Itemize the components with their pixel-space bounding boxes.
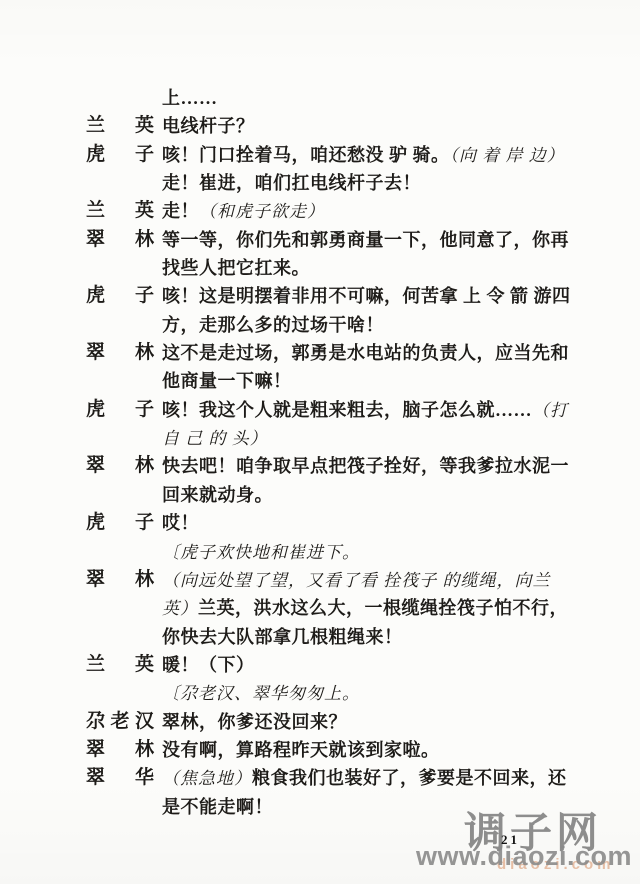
dialogue-segment: 是不能走啊！ xyxy=(162,797,273,817)
dialogue-text: 走！崔进，咱们扛电线杆子去！ xyxy=(162,169,640,197)
dialogue-text: 咳！这是明摆着非用不可嘛，何苦拿 上 令 箭 游四 xyxy=(162,282,640,310)
script-line: 他商量一下嘛！ xyxy=(0,367,640,395)
script-line: 虎子咳！我这个人就是粗来粗去，脑子怎么就……（打 xyxy=(0,396,640,424)
dialogue-segment: 上…… xyxy=(162,88,218,108)
dialogue-segment: 电线杆子？ xyxy=(162,116,255,136)
dialogue-text: 找些人把它扛来。 xyxy=(162,254,640,282)
speaker-column: 翠林 xyxy=(86,339,162,367)
script-line: 翠林（向远处望了望，又看了看 拴筏子 的缆绳，向兰 xyxy=(0,566,640,594)
speaker-column: 尕老汉 xyxy=(86,708,162,736)
script-line: 回来就动身。 xyxy=(0,481,640,509)
speaker-column: 虎子 xyxy=(86,509,162,537)
speaker-name: 翠华 xyxy=(86,764,154,792)
dialogue-segment: 你快去大队部拿几根粗绳来！ xyxy=(162,627,403,647)
dialogue-text: 上…… xyxy=(162,84,640,112)
speaker-column: 翠林 xyxy=(86,452,162,480)
speaker-name: 兰英 xyxy=(86,651,154,679)
dialogue-segment: 走！崔进，咱们扛电线杆子去！ xyxy=(162,173,421,193)
dialogue-text: 他商量一下嘛！ xyxy=(162,367,640,395)
stage-direction: 英） xyxy=(162,599,198,618)
dialogue-text: 等一等，你们先和郭勇商量一下，他同意了，你再 xyxy=(162,226,640,254)
speaker-column: 兰英 xyxy=(86,651,162,679)
speaker-name: 兰英 xyxy=(86,112,154,140)
stage-direction: （和虎子欲走） xyxy=(199,202,325,221)
dialogue-segment: 等一等，你们先和郭勇商量一下，他同意了，你再 xyxy=(162,230,569,250)
speaker-column: 翠林 xyxy=(86,566,162,594)
speaker-name: 翠林 xyxy=(86,452,154,480)
script-line: 虎子咳！这是明摆着非用不可嘛，何苦拿 上 令 箭 游四 xyxy=(0,282,640,310)
dialogue-text: （焦急地）粮食我们也装好了，爹要是不回来，还 xyxy=(162,764,640,792)
script-line: 翠林这不是走过场，郭勇是水电站的负责人，应当先和 xyxy=(0,339,640,367)
dialogue-text: 翠林，你爹还没回来？ xyxy=(162,708,640,736)
dialogue-text: 回来就动身。 xyxy=(162,481,640,509)
script-line: 翠林没有啊，算路程昨天就该到家啦。 xyxy=(0,736,640,764)
script-line: 兰英暖！（下） xyxy=(0,651,640,679)
speaker-column xyxy=(86,254,162,282)
speaker-column xyxy=(86,169,162,197)
speaker-column xyxy=(86,538,162,566)
dialogue-segment: 咳！门口拴着马，咱还愁没 驴 骑。 xyxy=(162,145,450,165)
dialogue-text: 没有啊，算路程昨天就该到家啦。 xyxy=(162,736,640,764)
dialogue-segment: 这不是走过场，郭勇是水电站的负责人，应当先和 xyxy=(162,343,569,363)
script-line: 英）兰英，洪水这么大，一根缆绳拴筏子怕不行， xyxy=(0,594,640,622)
speaker-column: 虎子 xyxy=(86,282,162,310)
dialogue-text: 英）兰英，洪水这么大，一根缆绳拴筏子怕不行， xyxy=(162,594,640,622)
page-number: 21 xyxy=(501,832,520,848)
speaker-column xyxy=(86,367,162,395)
stage-direction: （焦急地） xyxy=(162,769,252,788)
speaker-column xyxy=(86,311,162,339)
speaker-column xyxy=(86,594,162,622)
speaker-column xyxy=(86,424,162,452)
dialogue-text: 〔尕老汉、翠华匆匆上。 xyxy=(162,679,640,707)
speaker-column: 兰英 xyxy=(86,197,162,225)
speaker-name: 兰英 xyxy=(86,197,154,225)
speaker-column: 兰英 xyxy=(86,112,162,140)
dialogue-segment: 咳！这是明摆着非用不可嘛，何苦拿 上 令 箭 游四 xyxy=(162,286,571,306)
speaker-column xyxy=(86,679,162,707)
speaker-name: 翠林 xyxy=(86,736,154,764)
speaker-name: 翠林 xyxy=(86,226,154,254)
dialogue-text: 这不是走过场，郭勇是水电站的负责人，应当先和 xyxy=(162,339,640,367)
dialogue-segment: 咳！我这个人就是粗来粗去，脑子怎么就…… xyxy=(162,400,532,420)
speaker-name: 虎子 xyxy=(86,282,154,310)
stage-direction: （向远处望了望，又看了看 拴筏子 的缆绳，向兰 xyxy=(162,571,551,590)
speaker-column xyxy=(86,623,162,651)
dialogue-segment: （下） xyxy=(199,655,255,675)
stage-direction: 〔虎子欢快地和崔进下。 xyxy=(162,543,360,562)
script-line: 兰英电线杆子？ xyxy=(0,112,640,140)
stage-direction: 自 己 的 头） xyxy=(162,429,268,448)
dialogue-text: 你快去大队部拿几根粗绳来！ xyxy=(162,623,640,651)
script-line: 自 己 的 头） xyxy=(0,424,640,452)
dialogue-segment: 他商量一下嘛！ xyxy=(162,371,292,391)
script-line: 翠华（焦急地）粮食我们也装好了，爹要是不回来，还 xyxy=(0,764,640,792)
stage-direction: （向 着 岸 边） xyxy=(450,146,565,165)
speaker-column: 虎子 xyxy=(86,141,162,169)
scanned-script-page: 上……兰英电线杆子？虎子咳！门口拴着马，咱还愁没 驴 骑。（向 着 岸 边）走！… xyxy=(0,0,640,884)
script-line: 兰英走！（和虎子欲走） xyxy=(0,197,640,225)
script-line: 找些人把它扛来。 xyxy=(0,254,640,282)
speaker-column: 翠林 xyxy=(86,226,162,254)
dialogue-text: 自 己 的 头） xyxy=(162,424,640,452)
dialogue-segment: 暖！ xyxy=(162,655,199,675)
speaker-name: 虎子 xyxy=(86,509,154,537)
script-line: 〔虎子欢快地和崔进下。 xyxy=(0,538,640,566)
dialogue-segment: 兰英，洪水这么大，一根缆绳拴筏子怕不行， xyxy=(198,598,568,618)
script-line: 虎子哎！ xyxy=(0,509,640,537)
speaker-name: 虎子 xyxy=(86,396,154,424)
dialogue-segment: 走！ xyxy=(162,201,199,221)
speaker-column xyxy=(86,84,162,112)
script-line: 翠林等一等，你们先和郭勇商量一下，他同意了，你再 xyxy=(0,226,640,254)
speaker-column: 翠华 xyxy=(86,764,162,792)
script-line: 你快去大队部拿几根粗绳来！ xyxy=(0,623,640,651)
dialogue-segment: 哎！ xyxy=(162,513,199,533)
script-line: 〔尕老汉、翠华匆匆上。 xyxy=(0,679,640,707)
dialogue-text: 电线杆子？ xyxy=(162,112,640,140)
stage-direction: 〔尕老汉、翠华匆匆上。 xyxy=(162,684,360,703)
dialogue-segment: 回来就动身。 xyxy=(162,485,273,505)
script-line: 虎子咳！门口拴着马，咱还愁没 驴 骑。（向 着 岸 边） xyxy=(0,141,640,169)
speaker-column: 虎子 xyxy=(86,396,162,424)
dialogue-text: 方，走那么多的过场干啥！ xyxy=(162,311,640,339)
script-line: 翠林快去吧！咱争取早点把筏子拴好，等我爹拉水泥一 xyxy=(0,452,640,480)
speaker-column xyxy=(86,793,162,821)
script-line: 尕老汉翠林，你爹还没回来？ xyxy=(0,708,640,736)
dialogue-text: 哎！ xyxy=(162,509,640,537)
speaker-column xyxy=(86,481,162,509)
speaker-name: 翠林 xyxy=(86,566,154,594)
watermark-site-url: www.diaozi.com xyxy=(416,841,632,872)
dialogue-text: 快去吧！咱争取早点把筏子拴好，等我爹拉水泥一 xyxy=(162,452,640,480)
speaker-name: 虎子 xyxy=(86,141,154,169)
script-line: 方，走那么多的过场干啥！ xyxy=(0,311,640,339)
script-line: 上…… xyxy=(0,84,640,112)
dialogue-segment: 快去吧！咱争取早点把筏子拴好，等我爹拉水泥一 xyxy=(162,456,569,476)
speaker-name: 翠林 xyxy=(86,339,154,367)
dialogue-text: （向远处望了望，又看了看 拴筏子 的缆绳，向兰 xyxy=(162,566,640,594)
dialogue-text: 咳！门口拴着马，咱还愁没 驴 骑。（向 着 岸 边） xyxy=(162,141,640,169)
speaker-column: 翠林 xyxy=(86,736,162,764)
dialogue-segment: 翠林，你爹还没回来？ xyxy=(162,712,347,732)
speaker-name: 尕老汉 xyxy=(86,708,154,736)
dialogue-text: 暖！（下） xyxy=(162,651,640,679)
stage-direction: （打 xyxy=(532,401,568,420)
dialogue-text: 咳！我这个人就是粗来粗去，脑子怎么就……（打 xyxy=(162,396,640,424)
dialogue-text: 〔虎子欢快地和崔进下。 xyxy=(162,538,640,566)
dialogue-segment: 粮食我们也装好了，爹要是不回来，还 xyxy=(252,768,567,788)
dialogue-segment: 方，走那么多的过场干啥！ xyxy=(162,315,384,335)
dialogue-text: 走！（和虎子欲走） xyxy=(162,197,640,225)
dialogue-segment: 找些人把它扛来。 xyxy=(162,258,310,278)
dialogue-segment: 没有啊，算路程昨天就该到家啦。 xyxy=(162,740,440,760)
script-line: 走！崔进，咱们扛电线杆子去！ xyxy=(0,169,640,197)
script-lines: 上……兰英电线杆子？虎子咳！门口拴着马，咱还愁没 驴 骑。（向 着 岸 边）走！… xyxy=(0,84,640,821)
